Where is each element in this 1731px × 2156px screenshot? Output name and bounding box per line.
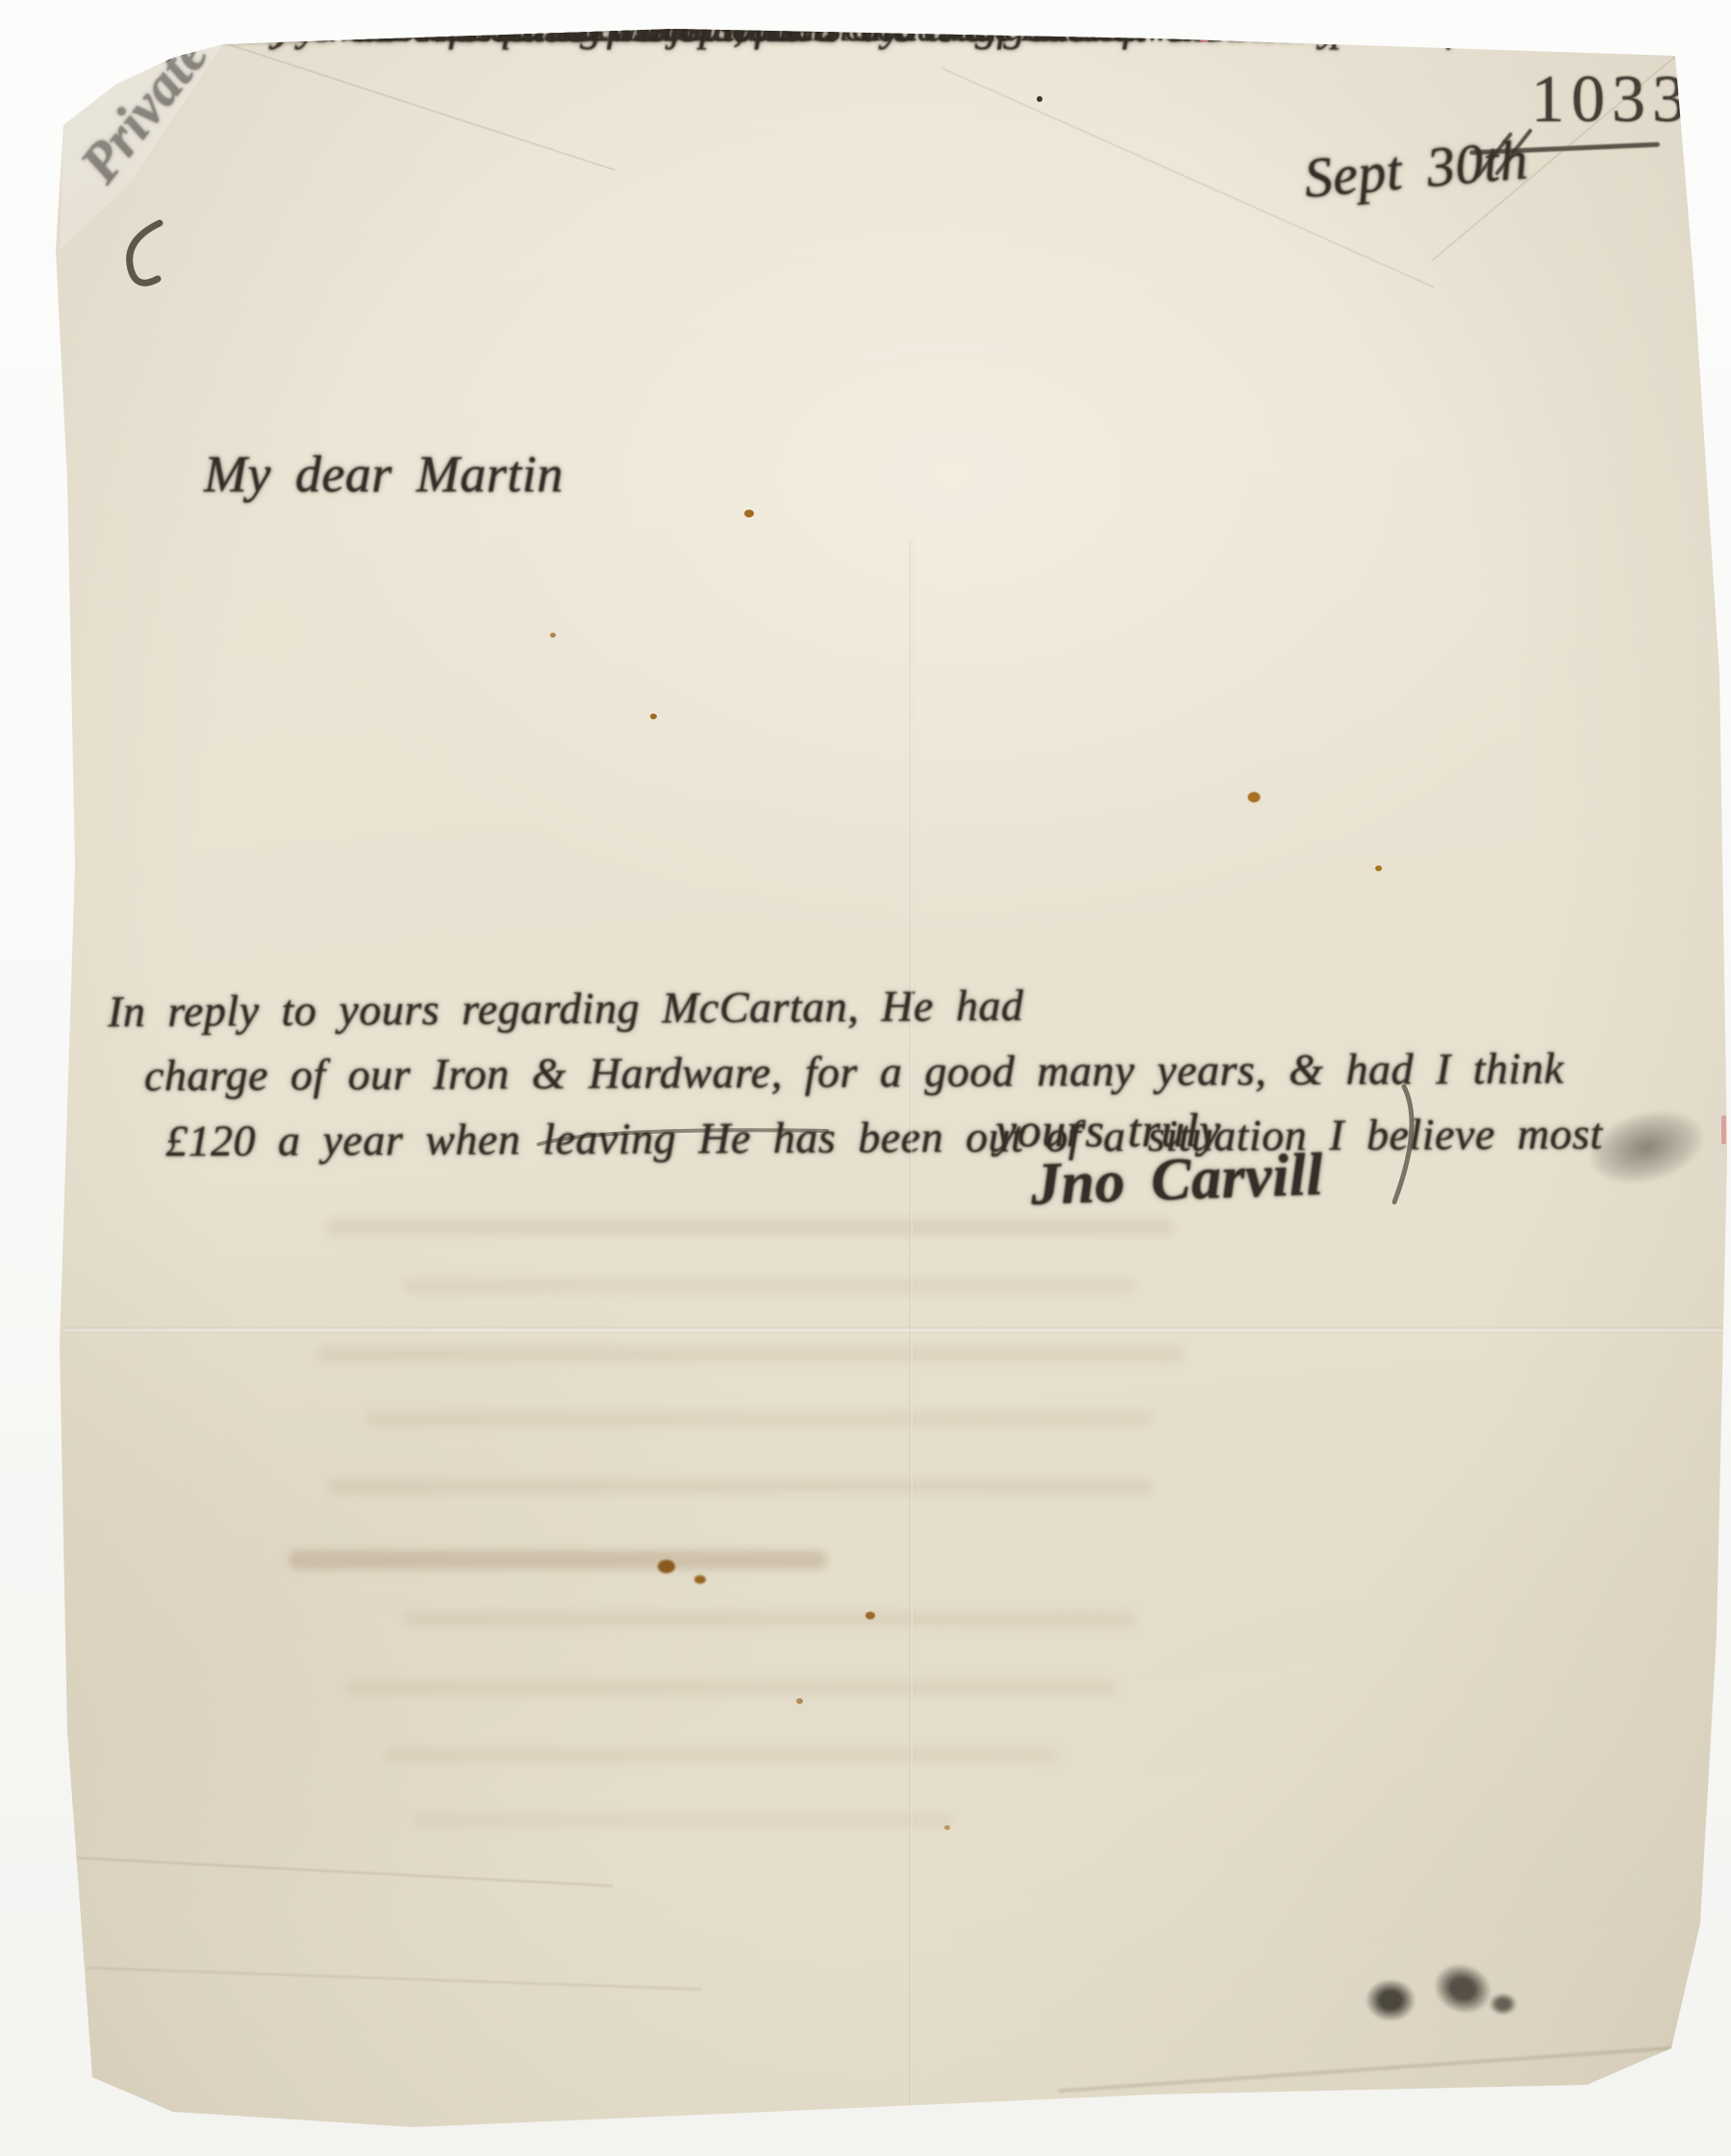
paper-sheet: Private 1033 Sept 30th My dear Martin In… (0, 0, 1731, 2156)
red-speck (1462, 42, 1468, 46)
paper-vignette (0, 0, 1731, 2156)
letter-scan: Private 1033 Sept 30th My dear Martin In… (0, 0, 1731, 2156)
